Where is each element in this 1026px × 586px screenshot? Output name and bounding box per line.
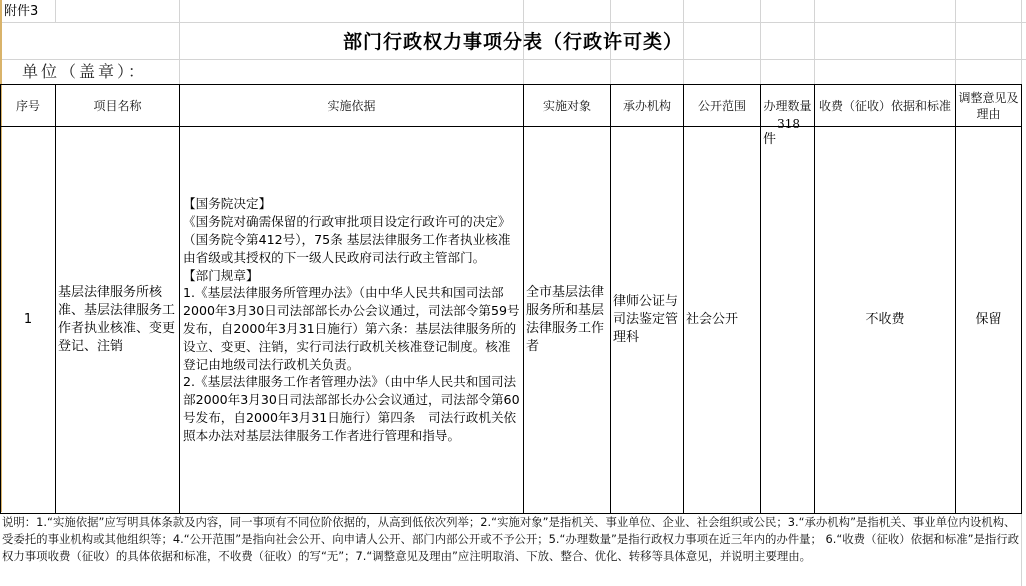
page-title: 部门行政权力事项分表（行政许可类） (0, 24, 1026, 60)
header-agency[interactable]: 承办机构 (611, 85, 684, 127)
header-scope[interactable]: 公开范围 (684, 85, 761, 127)
cell-scope[interactable]: 社会公开 (684, 127, 761, 514)
cell-fee[interactable]: 不收费 (815, 127, 956, 514)
header-fee[interactable]: 收费（征收）依据和标准 (815, 85, 956, 127)
header-adjustment[interactable]: 调整意见及理由 (956, 85, 1022, 127)
cell-quantity[interactable]: 318 件 (761, 127, 815, 514)
cell-agency[interactable]: 律师公证与司法鉴定管理科 (611, 127, 684, 514)
power-items-table: 序号 项目名称 实施依据 实施对象 承办机构 公开范围 办理数量 收费（征收）依… (0, 84, 1022, 514)
cell-index[interactable]: 1 (1, 127, 56, 514)
table-header-row: 序号 项目名称 实施依据 实施对象 承办机构 公开范围 办理数量 收费（征收）依… (1, 85, 1022, 127)
quantity-unit: 件 (763, 131, 776, 149)
header-item-name[interactable]: 项目名称 (56, 85, 180, 127)
header-index[interactable]: 序号 (1, 85, 56, 127)
attachment-label: 附件3 (4, 2, 38, 22)
gridline (55, 0, 56, 22)
header-basis[interactable]: 实施依据 (180, 85, 524, 127)
table-row: 1 基层法律服务所核准、基层法律服务工作者执业核准、变更登记、注销 【国务院决定… (1, 127, 1022, 514)
footnotes: 说明：1.“实施依据”应写明具体条款及内容，同一事项有不同位阶依据的，从高到低依… (2, 514, 1024, 565)
cell-target[interactable]: 全市基层法律服务所和基层法律服务工作者 (524, 127, 611, 514)
cell-adjustment[interactable]: 保留 (956, 127, 1022, 514)
quantity-wrapper: 318 件 (763, 127, 812, 513)
gridline (0, 22, 1026, 23)
unit-label: 单位（盖章）： (22, 61, 147, 83)
header-target[interactable]: 实施对象 (524, 85, 611, 127)
quantity-number: 318 (777, 115, 800, 133)
cell-basis[interactable]: 【国务院决定】 《国务院对确需保留的行政审批项目设定行政许可的决定》（国务院令第… (180, 127, 524, 514)
cell-item-name[interactable]: 基层法律服务所核准、基层法律服务工作者执业核准、变更登记、注销 (56, 127, 180, 514)
